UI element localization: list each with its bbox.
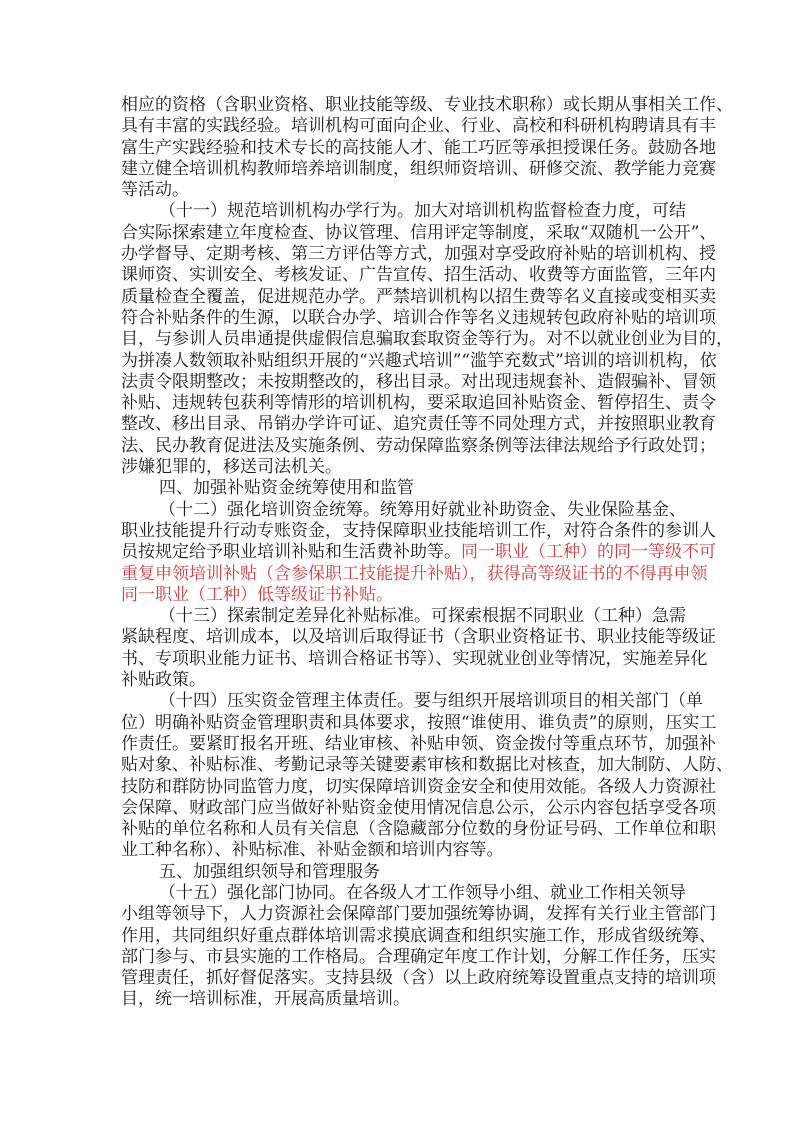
text-line: 补贴政策。 (121, 670, 677, 691)
text-line: 目，统一培训标准，开展高质量培训。 (121, 989, 677, 1010)
text-line: 管理责任，抓好督促落实。支持县级（含）以上政府统筹设置重点支持的培训项 (121, 968, 677, 989)
text-line: 富生产实践经验和技术专长的高技能人才、能工巧匠等承担授课任务。鼓励各地 (121, 138, 677, 159)
text-line: 为拼凑人数领取补贴组织开展的“兴趣式培训”“滥竽充数式”培训的培训机构，依 (121, 351, 677, 372)
text-line: 书、专项职业能力证书、培训合格证书等）、实现就业创业等情况，实施差异化 (121, 649, 677, 670)
text-line: （十二）强化培训资金统筹。统筹用好就业补助资金、失业保险基金、 (121, 500, 677, 521)
text-line: 法、民办教育促进法及实施条例、劳动保障监察条例等法律法规给予行政处罚； (121, 436, 677, 457)
text-line: 技防和群防协同监管力度，切实保障培训资金安全和使用效能。各级人力资源社 (121, 777, 677, 798)
highlighted-line: 同一职业（工种）低等级证书补贴。 (121, 585, 677, 606)
text-line: 质量检查全覆盖，促进规范办学。严禁培训机构以招生费等名义直接或变相买卖 (121, 287, 677, 308)
text-line: 整改、移出目录、吊销办学许可证、追究责任等不同处理方式，并按照职业教育 (121, 414, 677, 435)
normal-text: 员按规定给予职业培训补贴和生活费补助等。 (121, 542, 461, 562)
text-line: 法责令限期整改；未按期整改的，移出目录。对出现违规套补、造假骗补、冒领 (121, 372, 677, 393)
text-line: 业工种名称）、补贴标准、补贴金额和培训内容等。 (121, 840, 677, 861)
text-line: 合实际探索建立年度检查、协议管理、信用评定等制度，采取“双随机一公开”、 (121, 223, 677, 244)
text-line: 补贴、违规转包获利等情形的培训机构，要采取追回补贴资金、暂停招生、责令 (121, 393, 677, 414)
paragraph-12: （十二）强化培训资金统筹。统筹用好就业补助资金、失业保险基金、 职业技能提升行动… (121, 500, 677, 606)
highlighted-text: 同一职业（工种）的同一等级不可 (461, 542, 716, 562)
text-line: 会保障、财政部门应当做好补贴资金使用情况信息公示，公示内容包括享受各项 (121, 798, 677, 819)
text-line: 课师资、实训安全、考核发证、广告宣传、招生活动、收费等方面监管，三年内 (121, 265, 677, 286)
text-line: 小组等领导下，人力资源社会保障部门要加强统筹协调，发挥有关行业主管部门 (121, 904, 677, 925)
paragraph-continued: 相应的资格（含职业资格、职业技能等级、专业技术职称）或长期从事相关工作、 具有丰… (121, 95, 677, 201)
text-line: 作用，共同组织好重点群体培训需求摸底调查和组织实施工作，形成省级统筹、 (121, 926, 677, 947)
text-line-mixed: 员按规定给予职业培训补贴和生活费补助等。同一职业（工种）的同一等级不可 (121, 542, 677, 563)
text-line: 部门参与、市县实施的工作格局。合理确定年度工作计划，分解工作任务，压实 (121, 947, 677, 968)
text-line: 紧缺程度、培训成本，以及培训后取得证书（含职业资格证书、职业技能等级证 (121, 627, 677, 648)
paragraph-11: （十一）规范培训机构办学行为。加大对培训机构监督检查力度，可结 合实际探索建立年… (121, 201, 677, 478)
text-line: 等活动。 (121, 180, 677, 201)
text-line: 作责任。要紧盯报名开班、结业审核、补贴申领、资金拨付等重点环节，加强补 (121, 734, 677, 755)
text-line: 办学督导、定期考核、第三方评估等方式，加强对享受政府补贴的培训机构、授 (121, 244, 677, 265)
text-line: 建立健全培训机构教师培养培训制度，组织师资培训、研修交流、教学能力竞赛 (121, 159, 677, 180)
text-line: （十五）强化部门协同。在各级人才工作领导小组、就业工作相关领导 (121, 883, 677, 904)
document-page: 相应的资格（含职业资格、职业技能等级、专业技术职称）或长期从事相关工作、 具有丰… (121, 95, 677, 1011)
text-line: 涉嫌犯罪的，移送司法机关。 (121, 457, 677, 478)
text-line: 位）明确补贴资金管理职责和具体要求，按照“谁使用、谁负责”的原则，压实工 (121, 713, 677, 734)
text-line: （十一）规范培训机构办学行为。加大对培训机构监督检查力度，可结 (121, 201, 677, 222)
text-line: 具有丰富的实践经验。培训机构可面向企业、行业、高校和科研机构聘请具有丰 (121, 116, 677, 137)
text-line: 贴对象、补贴标准、考勤记录等关键要素审核和数据比对核查，加大制防、人防、 (121, 755, 677, 776)
text-line: 符合补贴条件的生源，以联合办学、培训合作等名义违规转包政府补贴的培训项 (121, 308, 677, 329)
paragraph-14: （十四）压实资金管理主体责任。要与组织开展培训项目的相关部门（单 位）明确补贴资… (121, 691, 677, 861)
text-line: 职业技能提升行动专账资金，支持保障职业技能培训工作，对符合条件的参训人 (121, 521, 677, 542)
section-heading-5: 五、加强组织领导和管理服务 (121, 862, 677, 883)
paragraph-15: （十五）强化部门协同。在各级人才工作领导小组、就业工作相关领导 小组等领导下，人… (121, 883, 677, 1011)
text-line: （十三）探索制定差异化补贴标准。可探索根据不同职业（工种）急需 (121, 606, 677, 627)
text-line: （十四）压实资金管理主体责任。要与组织开展培训项目的相关部门（单 (121, 691, 677, 712)
text-line: 补贴的单位名称和人员有关信息（含隐藏部分位数的身份证号码、工作单位和职 (121, 819, 677, 840)
highlighted-line: 重复申领培训补贴（含参保职工技能提升补贴），获得高等级证书的不得再申领 (121, 564, 677, 585)
section-heading-4: 四、加强补贴资金统筹使用和监管 (121, 478, 677, 499)
text-line: 目，与参训人员串通提供虚假信息骗取套取资金等行为。对不以就业创业为目的， (121, 329, 677, 350)
text-line: 相应的资格（含职业资格、职业技能等级、专业技术职称）或长期从事相关工作、 (121, 95, 677, 116)
paragraph-13: （十三）探索制定差异化补贴标准。可探索根据不同职业（工种）急需 紧缺程度、培训成… (121, 606, 677, 691)
